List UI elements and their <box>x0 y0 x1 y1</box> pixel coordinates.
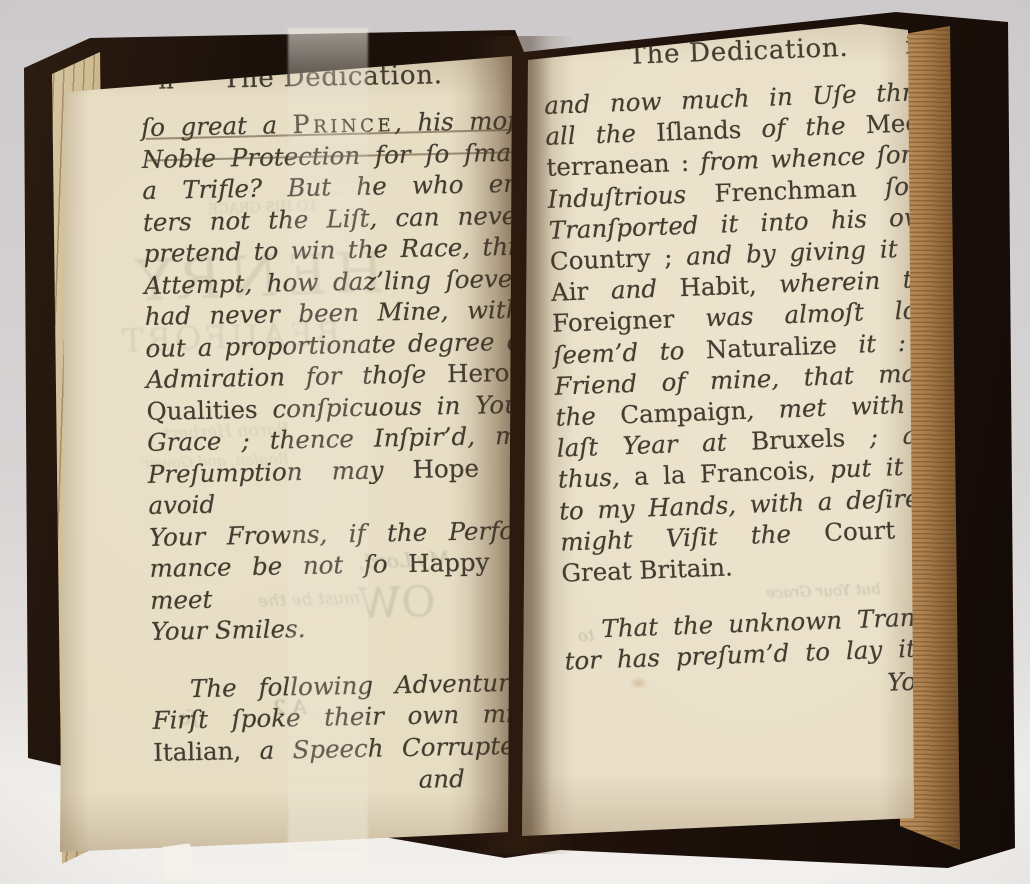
showthrough-text: ſo <box>178 705 198 730</box>
left-page: ii The Dedication. ſo great a Prince, hi… <box>58 50 514 856</box>
book-photograph: { "colors":{"cover":"#1d120b","page_left… <box>0 0 1030 884</box>
right-page-text-block: The Dedication. iii and now much in Uſe … <box>542 30 920 709</box>
showthrough-text: to <box>578 626 595 646</box>
right-page: The Dedication. iii and now much in Uſe … <box>516 14 920 838</box>
showthrough-text: My Lord, <box>358 546 451 573</box>
gutter-shadow <box>470 36 574 854</box>
showthrough-text: OW <box>357 577 436 629</box>
tissue-band <box>288 28 368 870</box>
tape-tab <box>161 843 196 883</box>
foxing-spot <box>626 674 652 692</box>
